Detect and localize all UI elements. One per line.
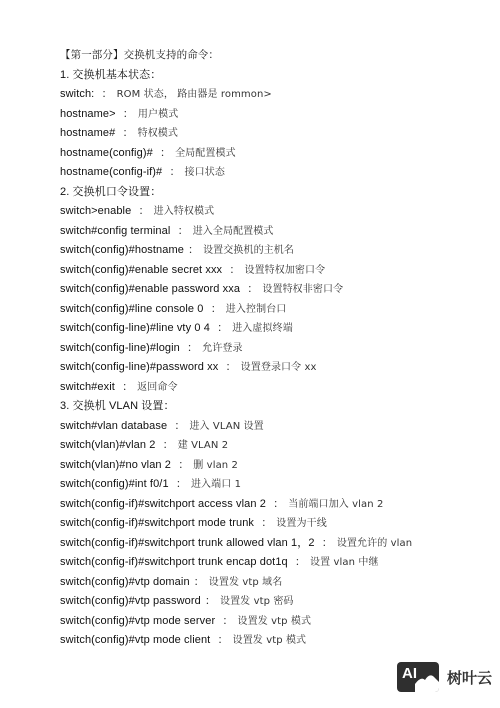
separator: ： — [273, 498, 284, 510]
separator: ： — [218, 634, 229, 646]
command-description: 设置允许的 vlan — [337, 538, 412, 549]
document-page: 【第一部分】交换机支持的命令： 1. 交换机基本状态： switch: ：ROM… — [60, 46, 480, 651]
command-text: hostname(config-if)# — [60, 166, 165, 178]
command-text: switch(config)#int f0/1 — [60, 478, 172, 490]
separator: ： — [247, 283, 258, 295]
command-description: 进入虚拟终端 — [232, 323, 293, 334]
section-heading: 1. 交换机基本状态： — [60, 66, 480, 86]
command-text: switch(config)#vtp domain — [60, 576, 190, 588]
command-description: 返回命令 — [137, 382, 177, 393]
command-line: switch#config terminal ：进入全局配置模式 — [60, 222, 480, 242]
separator: ： — [229, 264, 240, 276]
command-description: 设置发 vtp 模式 — [238, 616, 312, 627]
separator: ： — [295, 556, 306, 568]
command-line: switch(config-if)#switchport access vlan… — [60, 495, 480, 515]
separator: ： — [169, 166, 180, 178]
command-description: ROM 状态， 路由器是 rommon> — [117, 89, 272, 100]
command-text: switch(config-if)#switchport access vlan… — [60, 498, 269, 510]
command-text: switch(config)#enable password xxa — [60, 283, 243, 295]
command-text: switch(config)#vtp password — [60, 595, 201, 607]
command-line: switch(config-if)#switchport mode trunk … — [60, 514, 480, 534]
command-line: switch(config-line)#login ：允许登录 — [60, 339, 480, 359]
command-text: switch(config-line)#line vty 0 4 — [60, 322, 213, 334]
separator: ： — [261, 517, 272, 529]
separator: ： — [176, 478, 187, 490]
separator: ： — [123, 108, 134, 120]
separator: ： — [122, 127, 133, 139]
command-description: 设置发 vtp 模式 — [233, 635, 307, 646]
command-description: 进入全局配置模式 — [193, 226, 274, 237]
command-description: 进入端口 1 — [191, 479, 241, 490]
separator: ： — [205, 595, 216, 607]
command-text: switch(config-line)#login — [60, 342, 183, 354]
separator: ： — [187, 342, 198, 354]
command-description: 设置为干线 — [276, 518, 327, 529]
command-text: switch(config)#vtp mode server — [60, 615, 218, 627]
command-line: switch(config)#vtp mode server ：设置发 vtp … — [60, 612, 480, 632]
command-text: switch(config)#vtp mode client — [60, 634, 214, 646]
separator: ： — [163, 439, 174, 451]
command-text: switch(config-line)#password xx — [60, 361, 222, 373]
command-text: switch(config)#line console 0 — [60, 303, 207, 315]
command-description: 进入特权模式 — [154, 206, 215, 217]
command-text: switch: — [60, 88, 97, 100]
command-line: switch(config)#line console 0 ：进入控制台口 — [60, 300, 480, 320]
command-line: switch(config)#vtp password：设置发 vtp 密码 — [60, 592, 480, 612]
command-text: switch(config-if)#switchport mode trunk — [60, 517, 257, 529]
command-description: 用户模式 — [138, 109, 178, 120]
command-description: 建 VLAN 2 — [178, 440, 228, 451]
command-text: switch(config-if)#switchport trunk encap… — [60, 556, 291, 568]
command-description: 特权模式 — [138, 128, 178, 139]
command-description: 允许登录 — [202, 343, 242, 354]
command-description: 全局配置模式 — [175, 148, 236, 159]
command-text: hostname(config)# — [60, 147, 156, 159]
mountain-icon — [397, 662, 439, 692]
command-line: switch(config)#vtp mode client ：设置发 vtp … — [60, 631, 480, 651]
command-text: switch#vlan database — [60, 420, 170, 432]
section-heading: 2. 交换机口令设置： — [60, 183, 480, 203]
command-description: 进入 VLAN 设置 — [189, 421, 263, 432]
separator: ： — [217, 322, 228, 334]
command-line: switch>enable ：进入特权模式 — [60, 202, 480, 222]
command-text: switch(config)#enable secret xxx — [60, 264, 225, 276]
separator: ： — [101, 88, 112, 100]
command-description: 设置登录口令 xx — [241, 362, 317, 373]
command-description: 设置交换机的主机名 — [203, 245, 294, 256]
command-text: switch#config terminal — [60, 225, 174, 237]
command-description: 设置发 vtp 域名 — [209, 577, 283, 588]
command-line: switch(config)#vtp domain：设置发 vtp 域名 — [60, 573, 480, 593]
command-line: switch(config)#enable secret xxx ：设置特权加密… — [60, 261, 480, 281]
section-heading: 3. 交换机 VLAN 设置： — [60, 397, 480, 417]
ai-image-logo-icon: AI — [397, 662, 439, 692]
command-text: switch(config)#hostname — [60, 244, 184, 256]
separator: ： — [322, 537, 333, 549]
separator: ： — [178, 459, 189, 471]
command-line: switch(config-if)#switchport trunk allow… — [60, 534, 480, 554]
separator: ： — [211, 303, 222, 315]
command-description: 设置特权加密口令 — [244, 265, 325, 276]
command-line: hostname(config-if)# ：接口状态 — [60, 163, 480, 183]
separator: ： — [188, 244, 199, 256]
command-text: switch(vlan)#vlan 2 — [60, 439, 159, 451]
command-description: 设置 vlan 中继 — [310, 557, 379, 568]
command-line: switch(config)#hostname：设置交换机的主机名 — [60, 241, 480, 261]
separator: ： — [226, 361, 237, 373]
command-description: 设置特权非密口令 — [262, 284, 343, 295]
command-text: switch#exit — [60, 381, 118, 393]
separator: ： — [222, 615, 233, 627]
command-description: 进入控制台口 — [226, 304, 287, 315]
separator: ： — [160, 147, 171, 159]
command-line: switch(vlan)#vlan 2 ：建 VLAN 2 — [60, 436, 480, 456]
command-line: switch#vlan database ：进入 VLAN 设置 — [60, 417, 480, 437]
separator: ： — [174, 420, 185, 432]
separator: ： — [194, 576, 205, 588]
separator: ： — [178, 225, 189, 237]
document-title: 【第一部分】交换机支持的命令： — [60, 46, 480, 66]
command-line: switch(config-if)#switchport trunk encap… — [60, 553, 480, 573]
separator: ： — [138, 205, 149, 217]
command-line: switch(config)#enable password xxa ：设置特权… — [60, 280, 480, 300]
command-description: 当前端口加入 vlan 2 — [288, 499, 383, 510]
command-line: hostname(config)# ：全局配置模式 — [60, 144, 480, 164]
watermark: AI 树叶云 — [397, 662, 492, 692]
command-description: 设置发 vtp 密码 — [220, 596, 294, 607]
command-line: switch(config)#int f0/1 ：进入端口 1 — [60, 475, 480, 495]
command-description: 删 vlan 2 — [193, 460, 238, 471]
command-description: 接口状态 — [185, 167, 225, 178]
command-line: switch#exit ：返回命令 — [60, 378, 480, 398]
separator: ： — [122, 381, 133, 393]
command-line: hostname# ：特权模式 — [60, 124, 480, 144]
command-line: switch(config-line)#password xx ：设置登录口令 … — [60, 358, 480, 378]
command-line: hostname> ：用户模式 — [60, 105, 480, 125]
command-text: switch(vlan)#no vlan 2 — [60, 459, 174, 471]
command-line: switch(vlan)#no vlan 2 ：删 vlan 2 — [60, 456, 480, 476]
brand-name: 树叶云 — [447, 667, 492, 688]
command-text: switch(config-if)#switchport trunk allow… — [60, 537, 318, 549]
command-line: switch(config-line)#line vty 0 4 ：进入虚拟终端 — [60, 319, 480, 339]
command-text: hostname> — [60, 108, 119, 120]
command-text: hostname# — [60, 127, 118, 139]
command-text: switch>enable — [60, 205, 134, 217]
command-line: switch: ：ROM 状态， 路由器是 rommon> — [60, 85, 480, 105]
